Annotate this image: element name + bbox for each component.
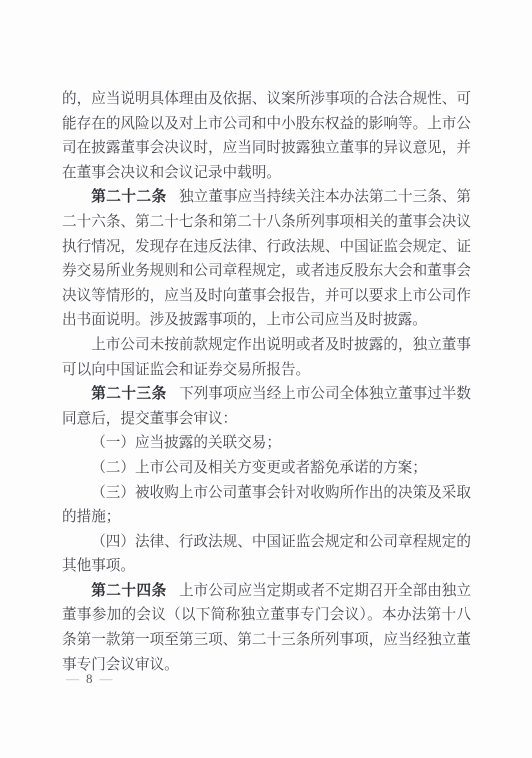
paragraph-article-24: 第二十四条上市公司应当定期或者不定期召开全部由独立董事参加的会议（以下简称独立董… [62,579,471,677]
list-item-text: （一）应当披露的关联交易； [91,435,281,451]
footer-page-number: 8 [86,671,93,686]
text-block: 的，应当说明具体理由及依据、议案所涉事项的合法合规性、可能存在的风险以及对上市公… [62,87,471,677]
page-number: —8— [66,671,113,687]
paragraph-continuation: 的，应当说明具体理由及依据、议案所涉事项的合法合规性、可能存在的风险以及对上市公… [62,87,471,185]
article-number: 第二十三条 [91,386,166,402]
list-item-text: （二）上市公司及相关方变更或者豁免承诺的方案； [91,460,427,476]
list-item-1: （一）应当披露的关联交易； [62,431,471,456]
list-item-text: （四）法律、行政法规、中国证监会规定和公司章程规定的其他事项。 [62,534,471,575]
paragraph-text: 独立董事应当持续关注本办法第二十三条、第二十六条、第二十七条和第二十八条所列事项… [62,189,471,328]
list-item-2: （二）上市公司及相关方变更或者豁免承诺的方案； [62,456,471,481]
document-page: 的，应当说明具体理由及依据、议案所涉事项的合法合规性、可能存在的风险以及对上市公… [0,0,532,758]
paragraph-text: 的，应当说明具体理由及依据、议案所涉事项的合法合规性、可能存在的风险以及对上市公… [62,91,471,181]
paragraph: 上市公司未按前款规定作出说明或者及时披露的，独立董事可以向中国证监会和证券交易所… [62,333,471,382]
article-number: 第二十四条 [91,583,166,599]
list-item-text: （三）被收购上市公司董事会针对收购所作出的决策及采取的措施； [62,485,471,526]
list-item-3: （三）被收购上市公司董事会针对收购所作出的决策及采取的措施； [62,481,471,530]
footer-left-dash: — [66,671,79,686]
paragraph-text: 上市公司未按前款规定作出说明或者及时披露的，独立董事可以向中国证监会和证券交易所… [62,337,471,378]
paragraph-article-23: 第二十三条下列事项应当经上市公司全体独立董事过半数同意后，提交董事会审议： [62,382,471,431]
article-number: 第二十二条 [91,189,166,205]
list-item-4: （四）法律、行政法规、中国证监会规定和公司章程规定的其他事项。 [62,530,471,579]
footer-right-dash: — [100,671,113,686]
paragraph-article-22: 第二十二条独立董事应当持续关注本办法第二十三条、第二十六条、第二十七条和第二十八… [62,185,471,333]
